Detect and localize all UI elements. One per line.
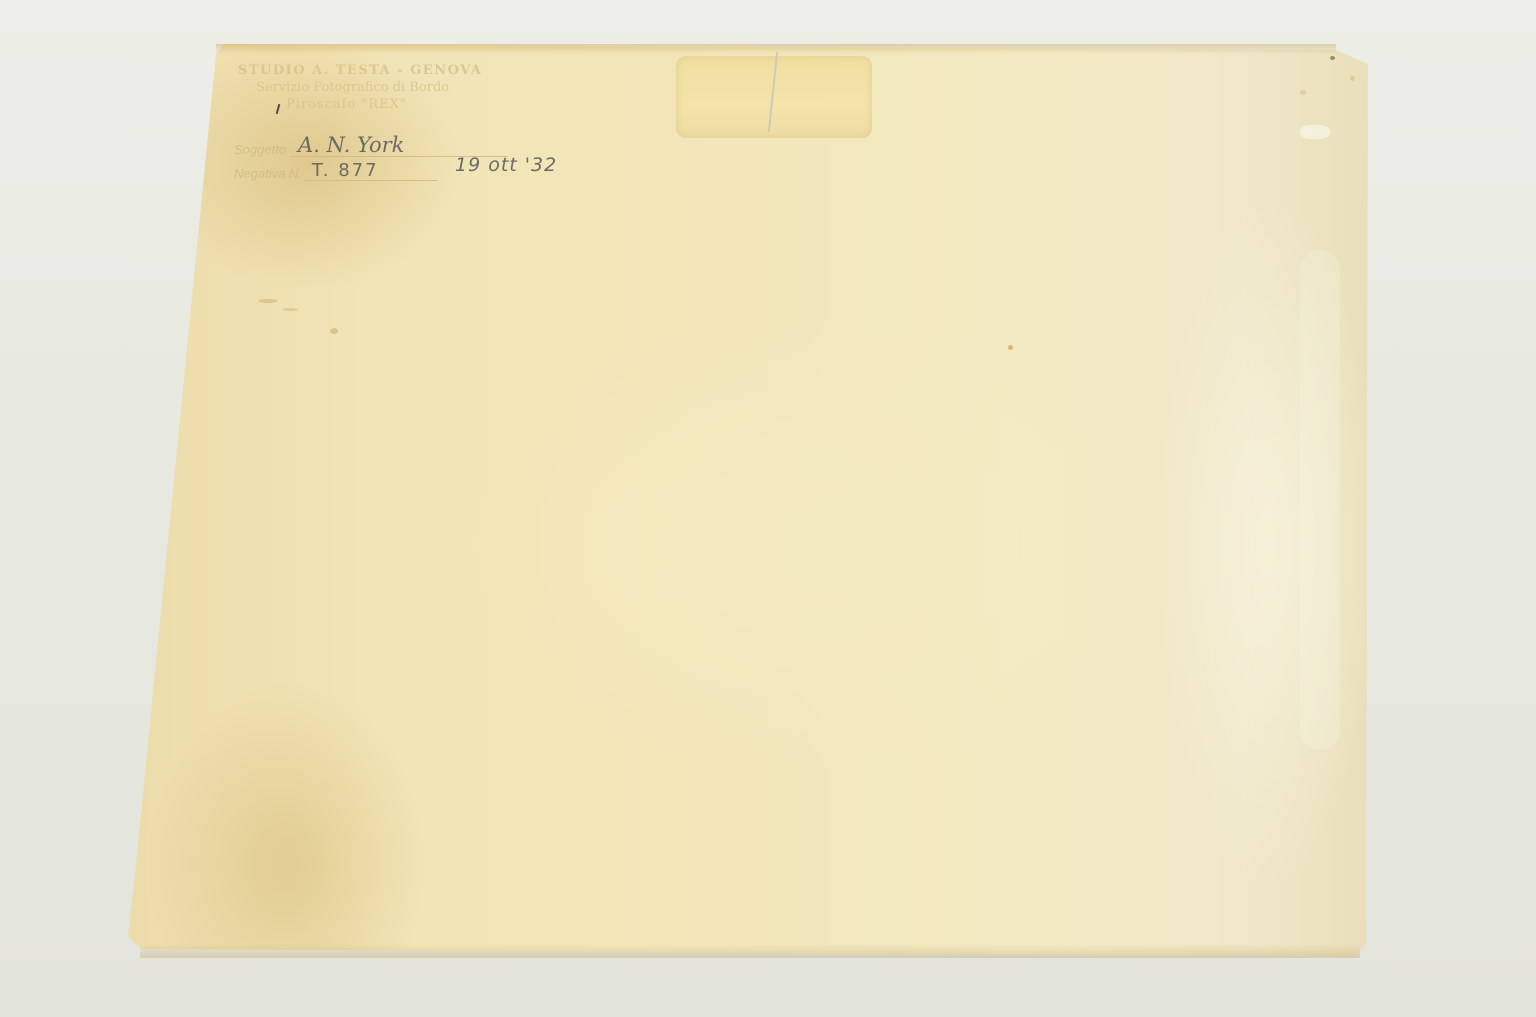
foxing-spot <box>1330 56 1335 60</box>
negative-handwriting: T. 877 <box>312 160 379 181</box>
photo-card-back <box>128 44 1368 959</box>
negative-underline: T. 877 <box>304 160 438 181</box>
surface-abrasion <box>1300 250 1340 750</box>
foxing-spot <box>282 308 298 311</box>
foxing-spot <box>258 299 278 303</box>
foxing-spot <box>1350 76 1355 81</box>
foxing-spot <box>1300 90 1306 95</box>
negative-label: Negativa N. <box>234 166 302 181</box>
studio-stamp: STUDIO A. TESTA - GENOVA Servizio Fotogr… <box>232 63 482 112</box>
negative-field: Negativa N. T. 877 <box>234 160 438 181</box>
subject-handwriting: A. N. York <box>298 133 404 157</box>
stamp-service: Servizio Fotografico di Bordo <box>256 80 482 95</box>
foxing-spot <box>330 328 338 334</box>
surface-abrasion <box>1300 125 1330 139</box>
handwritten-date: 19 ott '32 <box>455 154 557 176</box>
stamp-studio-name: STUDIO A. TESTA - GENOVA <box>238 63 482 78</box>
stamp-ship-name: Piroscafo "REX" <box>286 97 482 112</box>
subject-label: Soggetto <box>234 142 286 157</box>
foxing-spot <box>1008 345 1013 350</box>
